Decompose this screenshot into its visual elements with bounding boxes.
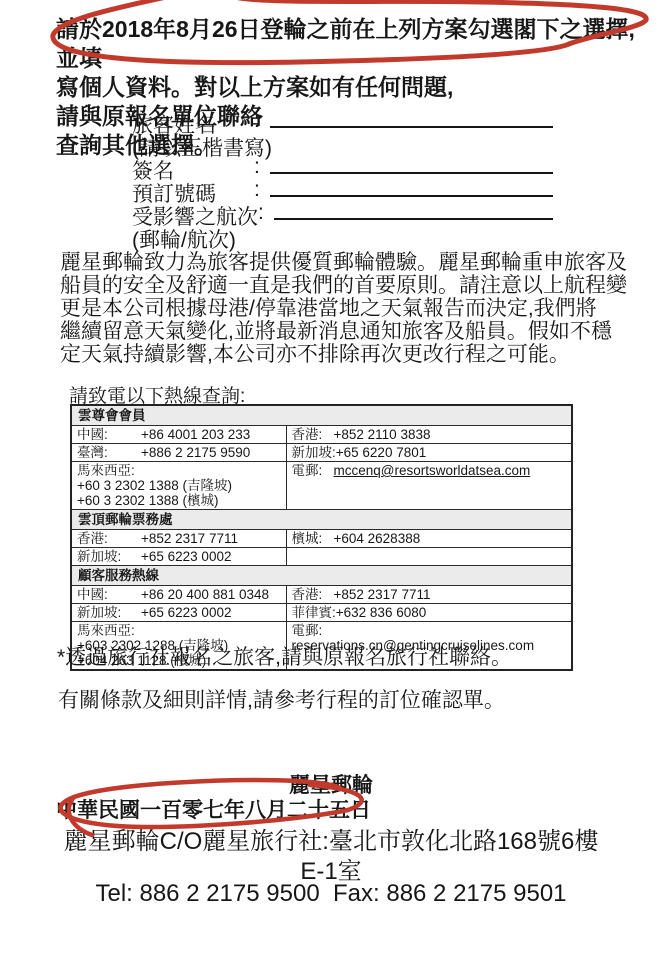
affected-voyage-label: 受影響之航次: [132, 201, 258, 224]
colon: :: [258, 201, 274, 224]
hotline-table: 雲尊會會員 中國:+86 4001 203 233 香港:+852 2110 3…: [70, 404, 573, 671]
tel-fax-line: Tel: 886 2 2175 9500 Fax: 886 2 2175 950…: [0, 880, 662, 908]
red-circle-annotation-intro: [0, 0, 662, 74]
region-label: 臺灣:: [77, 445, 141, 460]
red-circle-annotation-date: [28, 772, 396, 850]
phone-value: +86 4001 203 233: [141, 427, 250, 442]
passenger-name-blank-line: [270, 109, 553, 128]
booking-number-label: 預訂號碼: [132, 178, 254, 201]
hotline-cell: 菲律賓:+632 836 6080: [286, 604, 572, 622]
booking-number-blank-line: [270, 178, 553, 197]
hotline-cell: 香港:+852 2110 3838: [286, 426, 572, 444]
hotline-cell: 新加坡:+65 6220 7801: [286, 444, 572, 462]
phone-value: +65 6223 0002: [141, 549, 231, 564]
region-label: 中國:: [77, 587, 141, 602]
region-label: 新加坡:: [77, 605, 141, 620]
phone-value: +852 2317 7711: [141, 531, 238, 546]
phone-value: +86 20 400 881 0348: [141, 587, 269, 602]
hotline-cell: 臺灣:+886 2 2175 9590: [71, 444, 286, 462]
phone-value: +60 3 2302 1388 (吉隆坡) +60 3 2302 1388 (檳…: [77, 478, 232, 508]
hotline-cell: 新加坡:+65 6223 0002: [71, 604, 286, 622]
hotline-cell: 新加坡:+65 6223 0002: [71, 548, 286, 566]
section-title-ticketing-office: 雲頂郵輪票務處: [71, 510, 572, 530]
hotline-cell: 電郵:mccenq@resortsworldatsea.com: [286, 462, 572, 510]
red-oval-stroke: [60, 780, 361, 827]
scanned-notice-document: 請於2018年8月26日登輪之前在上列方案勾選閣下之選擇,並填 寫個人資料。對以…: [0, 0, 662, 960]
region-label: 中國:: [77, 427, 141, 442]
hotline-cell: 馬來西亞:+60 3 2302 1388 (吉隆坡) +60 3 2302 13…: [71, 462, 286, 510]
region-label: 馬來西亞:: [77, 463, 141, 478]
phone-value: +632 836 6080: [336, 605, 426, 620]
table-row: 臺灣:+886 2 2175 9590 新加坡:+65 6220 7801: [71, 444, 572, 462]
region-label: 香港:: [77, 531, 141, 546]
table-row: 香港:+852 2317 7711 檳城:+604 2628388: [71, 530, 572, 548]
hotline-cell: 香港:+852 2317 7711: [286, 586, 572, 604]
affected-voyage-blank-line: [274, 201, 553, 220]
form-row-affected-voyage: 受影響之航次 :: [132, 201, 553, 224]
table-row: 中國:+86 4001 203 233 香港:+852 2110 3838: [71, 426, 572, 444]
travel-agency-note: *透過旅行社報名之旅客,請與原報名旅行社聯絡。: [57, 641, 512, 671]
colon: :: [254, 178, 270, 201]
passenger-form: 旅客姓名 : (請以正楷書寫) 簽名 : 預訂號碼 : 受影響之航次 : (郵輪…: [132, 109, 553, 247]
form-row-passenger-name: 旅客姓名 :: [132, 109, 553, 132]
phone-value: +886 2 2175 9590: [141, 445, 250, 460]
phone-value: +65 6223 0002: [141, 605, 231, 620]
phone-value: +852 2110 3838: [334, 427, 431, 442]
region-label: 新加坡:: [292, 445, 336, 460]
email-value: mccenq@resortsworldatsea.com: [334, 463, 531, 478]
section-header-row: 雲尊會會員: [71, 405, 572, 426]
phone-value: +604 2628388: [334, 531, 421, 546]
form-row-booking-number: 預訂號碼 :: [132, 178, 553, 201]
region-label: 菲律賓:: [292, 605, 336, 620]
colon: :: [254, 109, 270, 132]
region-label: 新加坡:: [77, 549, 141, 564]
phone-value: +65 6220 7801: [336, 445, 426, 460]
passenger-name-note: (請以正楷書寫): [132, 132, 553, 155]
section-header-row: 顧客服務熱線: [71, 566, 572, 586]
colon: :: [254, 155, 270, 178]
weather-notice-paragraph: 麗星郵輪致力為旅客提供優質郵輪體驗。麗星郵輪重申旅客及 船員的安全及舒適一直是我…: [60, 251, 652, 366]
form-row-signature: 簽名 :: [132, 155, 553, 178]
terms-note: 有關條款及細則詳情,請參考行程的訂位確認單。: [58, 684, 505, 714]
section-title-customer-service: 顧客服務熱線: [71, 566, 572, 586]
voyage-note: (郵輪/航次): [132, 224, 553, 247]
email-label: 電郵:: [292, 623, 334, 638]
signature-label: 簽名: [132, 155, 254, 178]
hotline-cell: 香港:+852 2317 7711: [71, 530, 286, 548]
passenger-name-label: 旅客姓名: [132, 109, 254, 132]
region-label: 香港:: [292, 587, 334, 602]
phone-value: +852 2317 7711: [334, 587, 431, 602]
region-label: 香港:: [292, 427, 334, 442]
email-label: 電郵:: [292, 463, 334, 478]
table-row: 中國:+86 20 400 881 0348 香港:+852 2317 7711: [71, 586, 572, 604]
hotline-cell-empty: [286, 548, 572, 566]
table-row: 馬來西亞:+60 3 2302 1388 (吉隆坡) +60 3 2302 13…: [71, 462, 572, 510]
hotline-cell: 檳城:+604 2628388: [286, 530, 572, 548]
red-oval-stroke: [53, 0, 646, 63]
section-header-row: 雲頂郵輪票務處: [71, 510, 572, 530]
hotline-cell: 中國:+86 4001 203 233: [71, 426, 286, 444]
region-label: 馬來西亞:: [77, 623, 141, 638]
signature-blank-line: [270, 155, 553, 174]
section-title-vip-members: 雲尊會會員: [71, 405, 572, 426]
table-row: 新加坡:+65 6223 0002 菲律賓:+632 836 6080: [71, 604, 572, 622]
table-row: 新加坡:+65 6223 0002: [71, 548, 572, 566]
hotline-cell: 中國:+86 20 400 881 0348: [71, 586, 286, 604]
region-label: 檳城:: [292, 531, 334, 546]
